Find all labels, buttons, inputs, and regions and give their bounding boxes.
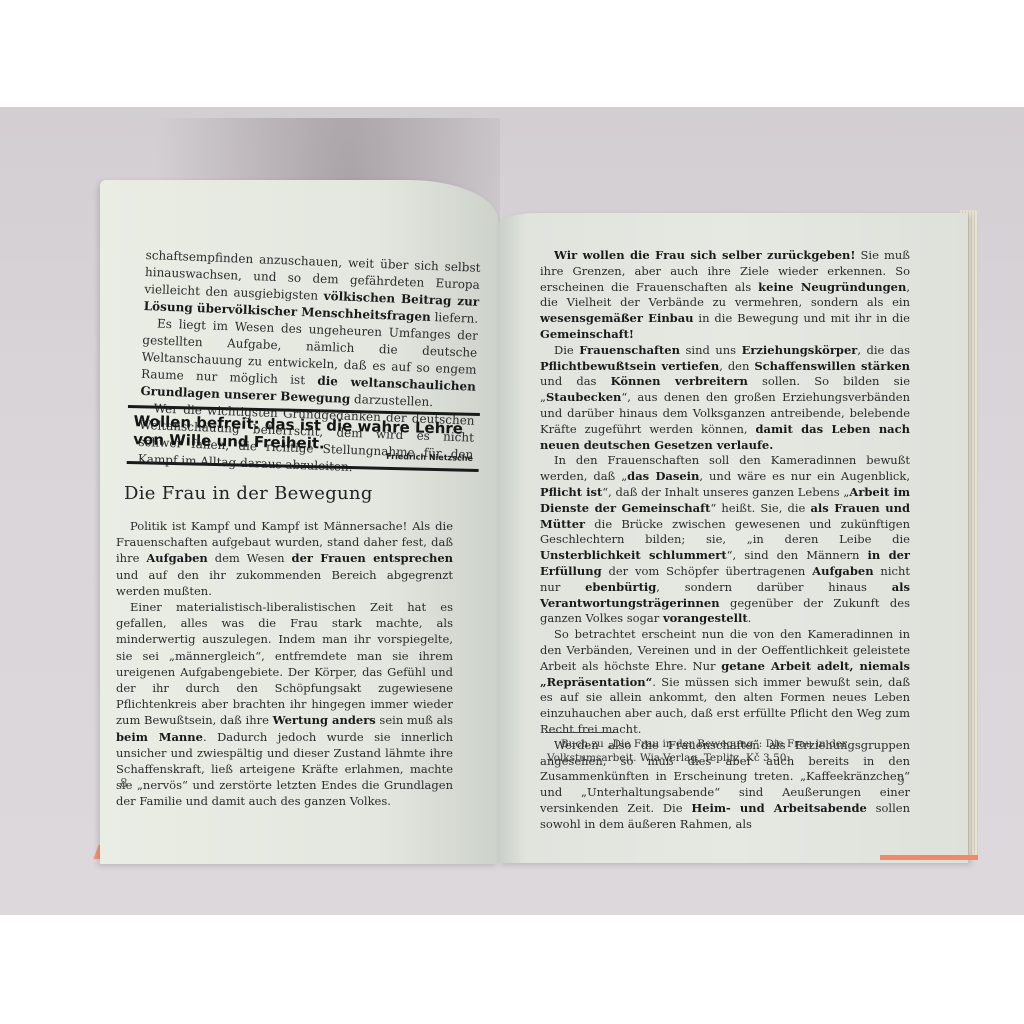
text: Einer materialistisch-liberalistischen Z…	[116, 600, 453, 727]
bold-text: wesensgemäßer Einbau	[540, 311, 694, 325]
text: dem Wesen	[208, 551, 292, 565]
text: und das	[540, 374, 611, 388]
left-body-text: Politik ist Kampf und Kampf ist Männersa…	[116, 518, 453, 810]
text: “, sind den Männern	[727, 548, 868, 562]
text: darzustellen.	[350, 392, 433, 409]
page-number-left: 8	[120, 776, 128, 790]
nietzsche-quote: Wollen befreit: das ist die wahre Lehre …	[127, 405, 480, 472]
text: , sondern darüber hinaus	[656, 580, 891, 594]
paragraph: Wir wollen die Frau sich selber zurückge…	[540, 248, 910, 343]
bold-text: Aufgaben	[812, 564, 873, 578]
bold-text: keine Neugründungen	[758, 280, 906, 294]
bold-text: Staubecken	[546, 390, 621, 404]
bold-text: Pflichtbewußtsein vertiefen	[540, 359, 719, 373]
text: “ heißt. Sie, die	[710, 501, 810, 515]
bold-text: der Frauen entsprechen	[292, 551, 453, 565]
footnote: Buch zu „Die Frau in der Bewegung“: Die …	[547, 737, 897, 765]
text: die Brücke zwischen gewesenen und zukünf…	[540, 517, 910, 547]
text: Die	[554, 343, 579, 357]
text: .	[748, 611, 752, 625]
footnote-rule	[545, 732, 615, 733]
paragraph: In den Frauenschaften soll den Kameradin…	[540, 453, 910, 627]
paragraph: Politik ist Kampf und Kampf ist Männersa…	[116, 518, 453, 599]
paragraph: So betrachtet erscheint nun die von den …	[540, 627, 910, 738]
bold-text: das Dasein	[627, 469, 699, 483]
bold-text: Gemeinschaft!	[540, 327, 634, 341]
bold-text: ebenbürtig	[585, 580, 656, 594]
bold-text: Können verbreitern	[611, 374, 748, 388]
page-number-right: 9	[897, 774, 905, 788]
bold-text: Wertung anders	[273, 713, 376, 727]
text: “, daß der Inhalt unseres ganzen Lebens …	[602, 485, 849, 499]
text: sein muß als	[376, 713, 453, 727]
bold-text: Wir wollen die Frau sich selber zurückge…	[554, 248, 855, 262]
text: liefern.	[431, 310, 479, 326]
text: und auf den ihr zukommenden Bereich abge…	[116, 568, 453, 598]
text: in die Bewegung und mit ihr in die	[694, 311, 910, 325]
bold-text: Unsterblichkeit schlummert	[540, 548, 727, 562]
bold-text: Erziehungskörper	[742, 343, 858, 357]
text: sind uns	[680, 343, 742, 357]
bold-text: Pflicht ist	[540, 485, 602, 499]
paragraph: Einer materialistisch-liberalistischen Z…	[116, 599, 453, 810]
text: , die das	[857, 343, 910, 357]
bold-text: Frauenschaften	[579, 343, 680, 357]
bold-text: beim Manne	[116, 730, 203, 744]
bold-text: vorangestellt	[663, 611, 748, 625]
text: , und wäre es nur ein Augenblick,	[699, 469, 910, 483]
bold-text: Aufgaben	[146, 551, 207, 565]
text: der vom Schöpfer übertragenen	[602, 564, 813, 578]
cover-edge-right	[880, 855, 978, 860]
paragraph: schaftsempfinden anzuschauen, weit über …	[143, 247, 480, 328]
text: , den	[719, 359, 754, 373]
bold-text: Schaffenswillen stärken	[754, 359, 910, 373]
chapter-title: Die Frau in der Bewegung	[124, 483, 373, 504]
quote-text: Wollen befreit: das ist die wahre Lehre …	[133, 412, 474, 456]
bold-text: Heim- und Arbeitsabende	[691, 801, 867, 815]
paragraph: Die Frauenschaften sind uns Erziehungskö…	[540, 343, 910, 454]
paragraph: Es liegt im Wesen des ungeheuren Umfange…	[140, 315, 478, 413]
